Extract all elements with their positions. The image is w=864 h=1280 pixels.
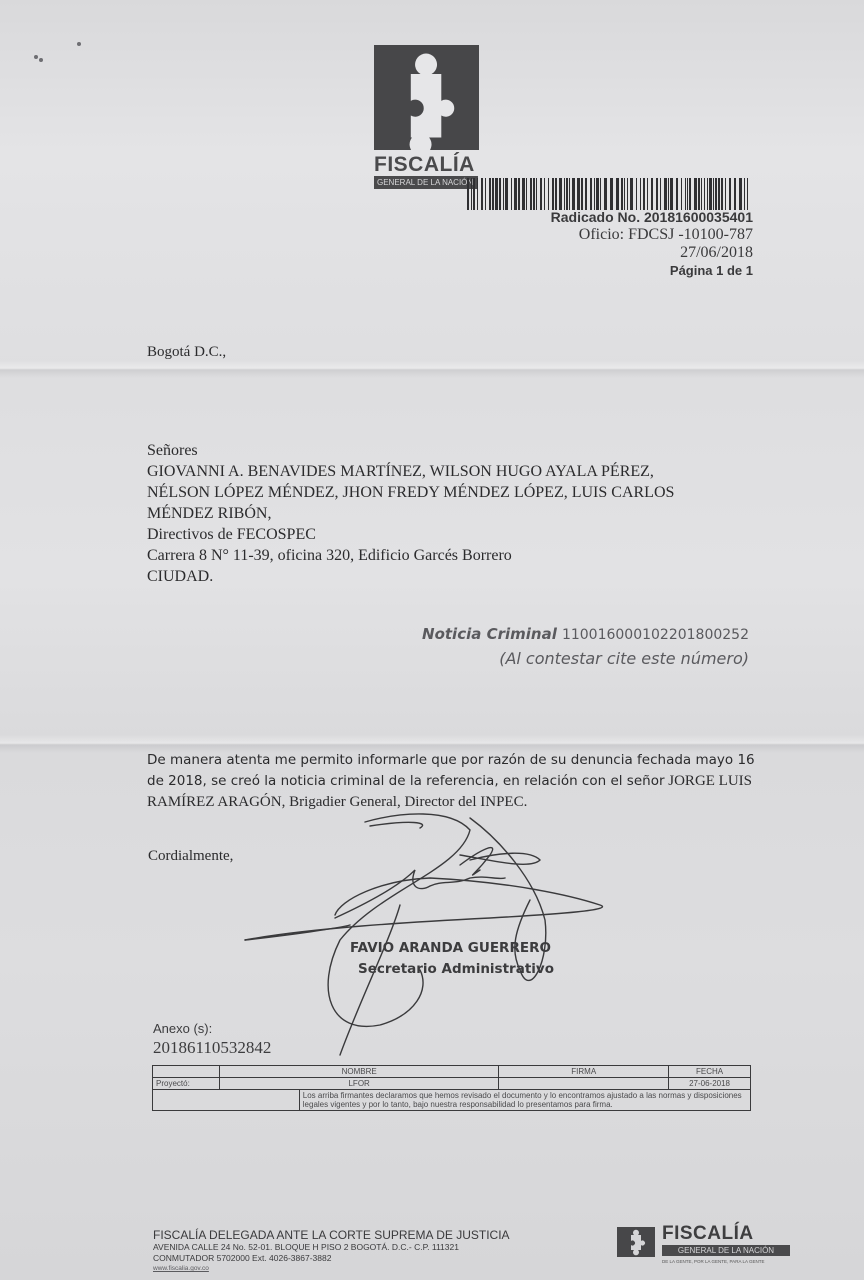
- declaration-text: Los arriba firmantes declaramos que hemo…: [299, 1090, 750, 1111]
- recipient-line: GIOVANNI A. BENAVIDES MARTÍNEZ, WILSON H…: [147, 461, 674, 482]
- puzzle-piece-icon: [617, 1227, 655, 1257]
- anexo-block: Anexo (s): 20186110532842: [153, 1021, 271, 1058]
- table-cell: [153, 1066, 220, 1078]
- logo-wordmark: FISCALÍA: [374, 154, 480, 176]
- anexo-number: 20186110532842: [153, 1038, 271, 1058]
- noticia-label: Noticia Criminal: [422, 625, 557, 643]
- cell-firma: [499, 1078, 669, 1090]
- recipient-line: Directivos de FECOSPEC: [147, 524, 674, 545]
- footer-website-link[interactable]: www.fiscalia.gov.co: [153, 1264, 510, 1273]
- footer-logo-subtitle: GENERAL DE LA NACIÓN: [662, 1245, 790, 1256]
- footer-logo-wordmark: FISCALÍA: [662, 1223, 754, 1245]
- recipient-line: Señores: [147, 440, 674, 461]
- staple-hole: [34, 55, 38, 59]
- signer-name: FAVIO ARANDA GUERRERO: [350, 938, 554, 959]
- table-row: Los arriba firmantes declaramos que hemo…: [153, 1090, 751, 1111]
- footer-office: FISCALÍA DELEGADA ANTE LA CORTE SUPREMA …: [153, 1229, 510, 1242]
- city-line: Bogotá D.C.,: [147, 344, 226, 361]
- cell-fecha: 27-06-2018: [669, 1078, 751, 1090]
- recipient-block: Señores GIOVANNI A. BENAVIDES MARTÍNEZ, …: [147, 440, 674, 587]
- document-date: 27/06/2018: [551, 244, 753, 262]
- page-number: Página 1 de 1: [551, 262, 753, 280]
- staple-hole: [77, 42, 81, 46]
- table-row: Proyectó: LFOR 27-06-2018: [153, 1078, 751, 1090]
- closing-line: Cordialmente,: [148, 848, 233, 865]
- footer-phone: CONMUTADOR 5702000 Ext. 4026-3867-3882: [153, 1253, 510, 1264]
- recipient-line: CIUDAD.: [147, 566, 674, 587]
- footer-logo-tagline: DE LA GENTE, POR LA GENTE, PARA LA GENTE: [662, 1259, 764, 1264]
- header-nombre: NOMBRE: [219, 1066, 498, 1078]
- recipient-line: NÉLSON LÓPEZ MÉNDEZ, JHON FREDY MÉNDEZ L…: [147, 482, 674, 503]
- noticia-number: 110016000102201800252: [562, 627, 749, 643]
- noticia-criminal-reference: Noticia Criminal 110016000102201800252 (…: [422, 624, 749, 668]
- barcode: [467, 178, 751, 210]
- cell-nombre: LFOR: [219, 1078, 498, 1090]
- header-firma: FIRMA: [499, 1066, 669, 1078]
- letter-body: De manera atenta me permito informarle q…: [147, 750, 759, 813]
- signer-block: FAVIO ARANDA GUERRERO Secretario Adminis…: [350, 938, 554, 980]
- signer-role: Secretario Administrativo: [358, 959, 554, 980]
- staple-hole: [39, 58, 43, 62]
- review-table: NOMBRE FIRMA FECHA Proyectó: LFOR 27-06-…: [152, 1065, 751, 1111]
- logo-subtitle: GENERAL DE LA NACIÓN: [374, 176, 478, 189]
- document-reference: Radicado No. 20181600035401 Oficio: FDCS…: [551, 208, 753, 280]
- puzzle-piece-icon: [374, 45, 479, 150]
- fiscalia-logo: FISCALÍA GENERAL DE LA NACIÓN: [374, 45, 480, 189]
- noticia-note: (Al contestar cite este número): [422, 649, 749, 668]
- radicado-number: Radicado No. 20181600035401: [551, 208, 753, 226]
- table-cell: [153, 1090, 300, 1111]
- table-row: NOMBRE FIRMA FECHA: [153, 1066, 751, 1078]
- anexo-label: Anexo (s):: [153, 1021, 271, 1036]
- row-label-proyecto: Proyectó:: [153, 1078, 220, 1090]
- header-fecha: FECHA: [669, 1066, 751, 1078]
- recipient-line: Carrera 8 N° 11-39, oficina 320, Edifici…: [147, 545, 674, 566]
- paper-fold: [0, 360, 864, 378]
- body-text-part1: De manera atenta me permito informarle q…: [147, 752, 755, 789]
- oficio-number: Oficio: FDCSJ -10100-787: [551, 226, 753, 244]
- recipient-line: MÉNDEZ RIBÓN,: [147, 503, 674, 524]
- footer-address-line: AVENIDA CALLE 24 No. 52-01. BLOQUE H PIS…: [153, 1242, 510, 1253]
- footer-address: FISCALÍA DELEGADA ANTE LA CORTE SUPREMA …: [153, 1229, 510, 1273]
